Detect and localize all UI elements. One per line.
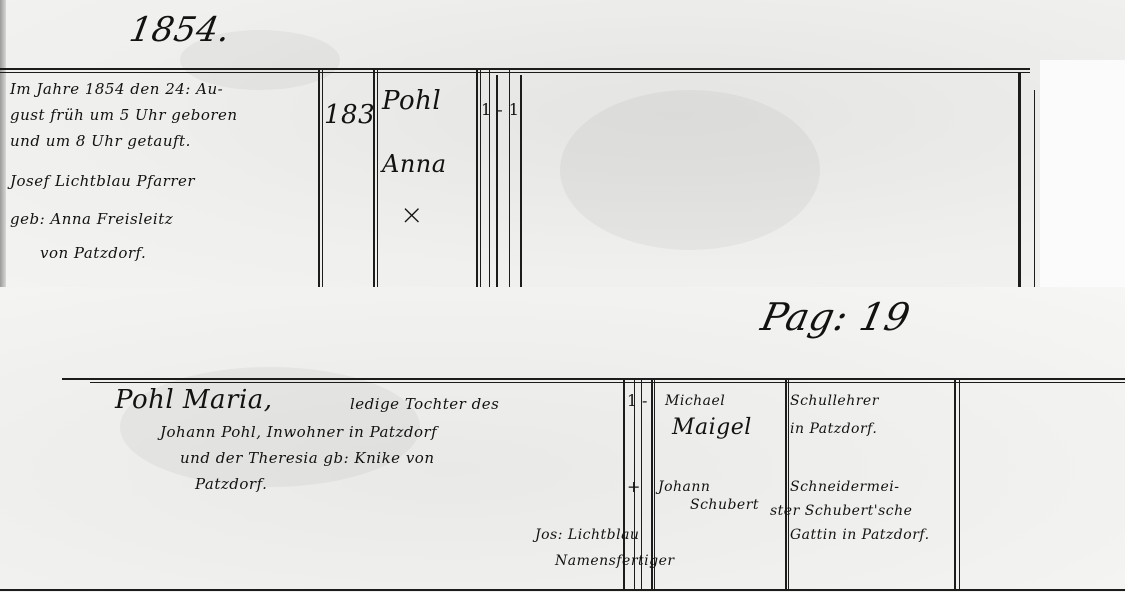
column-rule <box>954 379 956 589</box>
child-surname: Pohl <box>382 86 441 116</box>
column-rule <box>476 70 478 287</box>
column-rule <box>377 70 378 287</box>
godparent-detail-line: Gattin in Patzdorf. <box>790 523 930 547</box>
cross-mark: × <box>400 198 424 231</box>
godparent-line: Maigel <box>672 415 752 440</box>
house-number: 183 <box>324 100 375 130</box>
note-line: von Patzdorf. <box>40 240 238 266</box>
year-heading: 1854. <box>126 10 233 50</box>
register-scan: 1854. Im Jahre 1854 den 24: Au- gust frü… <box>0 0 1125 592</box>
child-given-name: Anna <box>382 150 447 178</box>
paper-stain <box>560 90 820 250</box>
tally-mark: + <box>627 477 641 496</box>
table-bottom-rule <box>0 589 1125 591</box>
column-rule <box>318 70 320 287</box>
column-rule <box>1018 73 1021 287</box>
page-edge-shadow <box>0 0 6 287</box>
note-line: gust früh um 5 Uhr geboren <box>10 102 238 128</box>
note-line: geb: Anna Freisleitz <box>10 206 238 232</box>
table-top-rule <box>90 382 1125 383</box>
table-top-rule <box>0 68 1030 70</box>
mother-description-line: ledige Tochter des <box>350 391 499 417</box>
column-rule <box>1034 90 1035 287</box>
mother-name: Pohl Maria, <box>115 385 273 415</box>
note-line: Im Jahre 1854 den 24: Au- <box>10 76 238 102</box>
note-line: und um 8 Uhr getauft. <box>10 128 238 154</box>
godparent-detail-line: in Patzdorf. <box>790 417 877 441</box>
signature-line: Jos: Lichtblau <box>535 523 639 547</box>
column-rule <box>959 379 960 589</box>
godparent-line: Michael <box>665 389 725 413</box>
godparent-detail-line: Schullehrer <box>790 389 879 413</box>
tally-mark: - <box>642 391 648 410</box>
top-register-fragment: 1854. Im Jahre 1854 den 24: Au- gust frü… <box>0 0 1125 287</box>
mother-description-line: Johann Pohl, Inwohner in Patzdorf <box>160 419 437 445</box>
column-rule <box>788 379 789 589</box>
godparent-detail-line: ster Schubert'sche <box>770 499 912 523</box>
birth-note: Im Jahre 1854 den 24: Au- gust früh um 5… <box>10 76 238 266</box>
godparent-detail-line: Schneidermei- <box>790 475 899 499</box>
tally-marks: 1 - 1 <box>481 100 519 119</box>
signature-line: Namensfertiger <box>555 549 675 573</box>
table-top-rule <box>0 72 1030 73</box>
column-rule <box>520 75 522 287</box>
table-top-rule <box>62 378 1125 380</box>
tally-mark: 1 <box>627 391 638 410</box>
blank-margin <box>1040 60 1125 287</box>
godparent-line: Schubert <box>690 493 759 517</box>
mother-description-line: und der Theresia gb: Knike von <box>180 445 435 471</box>
note-line: Josef Lichtblau Pfarrer <box>10 168 238 194</box>
column-rule <box>322 70 323 287</box>
page-heading: Pag: 19 <box>757 295 914 339</box>
column-rule <box>785 379 787 589</box>
mother-description-line: Patzdorf. <box>195 471 267 497</box>
bottom-register-fragment: Pag: 19 Pohl Maria, ledige Tochter des J… <box>0 287 1125 592</box>
